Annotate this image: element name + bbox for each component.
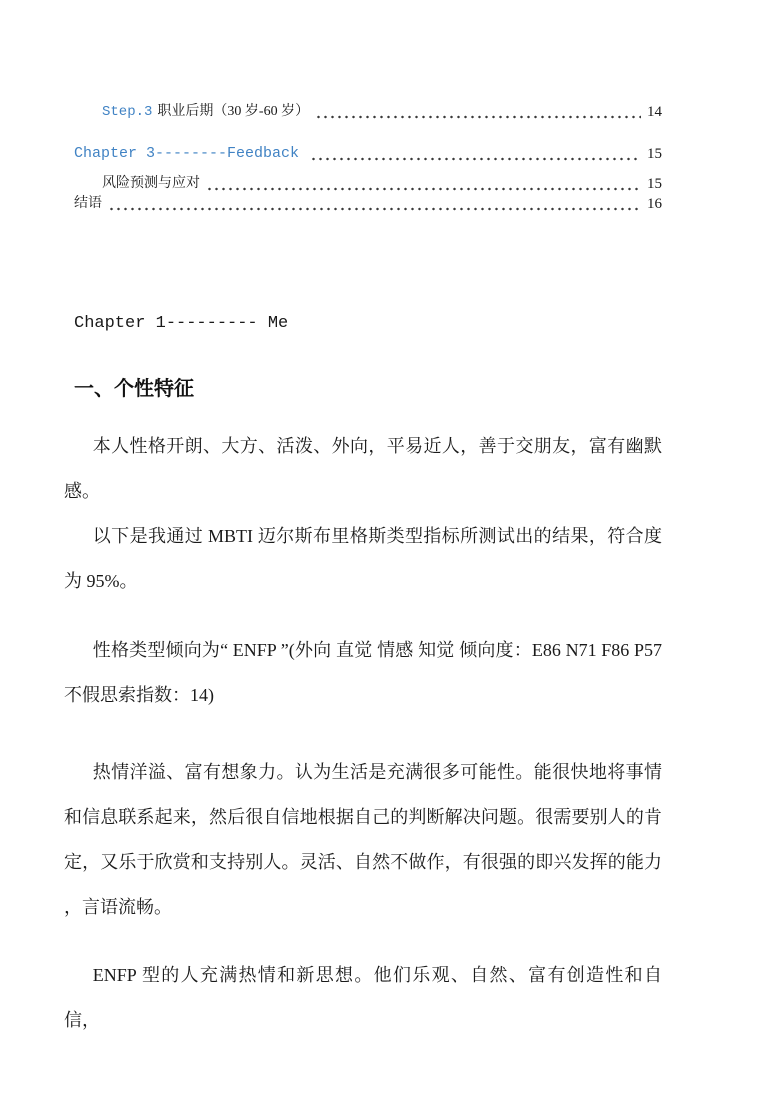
toc-page-number: 14 [647, 102, 662, 122]
paragraph-mbti-result: 以下是我通过 MBTI 迈尔斯布里格斯类型指标所测试出的结果，符合度为 95%。 [64, 514, 662, 604]
toc-dot-leader [108, 198, 641, 212]
chapter-1-heading: Chapter 1--------- Me [74, 312, 662, 336]
toc-entry-text: 结语 [74, 194, 102, 214]
toc-entry-chapter3: Chapter 3--------Feedback 15 [74, 144, 662, 164]
toc-entry-risk: 风险预测与应对 15 [102, 174, 662, 194]
toc-page-number: 15 [647, 144, 662, 164]
paragraph-enfp-scores: 性格类型倾向为“ ENFP ”(外向 直觉 情感 知觉 倾向度：E86 N71 … [64, 628, 662, 718]
toc-link-step3[interactable]: Step.3 [102, 102, 152, 122]
toc-entry-text: 风险预测与应对 [102, 174, 200, 194]
toc-entry-step3: Step.3 职业后期（30 岁-60 岁） 14 [102, 102, 662, 122]
toc-entry-text: 职业后期（30 岁-60 岁） [157, 102, 309, 122]
table-of-contents: Step.3 职业后期（30 岁-60 岁） 14 Chapter 3-----… [64, 102, 662, 214]
toc-entry-conclusion: 结语 16 [74, 194, 662, 214]
toc-dot-leader [206, 178, 641, 192]
paragraph-enfp-traits: ENFP 型的人充满热情和新思想。他们乐观、自然、富有创造性和自信， [64, 953, 662, 1043]
paragraph-enfp-description: 热情洋溢、富有想象力。认为生活是充满很多可能性。能很快地将事情和信息联系起来，然… [64, 750, 662, 930]
toc-link-chapter3-feedback[interactable]: Chapter 3--------Feedback [74, 144, 299, 164]
toc-dot-leader [315, 106, 641, 120]
paragraph-personality-intro: 本人性格开朗、大方、活泼、外向，平易近人，善于交朋友，富有幽默感。 [64, 424, 662, 514]
document-page: Step.3 职业后期（30 岁-60 岁） 14 Chapter 3-----… [0, 0, 774, 1095]
section-heading-personality: 一、个性特征 [74, 374, 662, 404]
toc-page-number: 15 [647, 174, 662, 194]
toc-page-number: 16 [647, 194, 662, 214]
toc-dot-leader [310, 148, 641, 162]
